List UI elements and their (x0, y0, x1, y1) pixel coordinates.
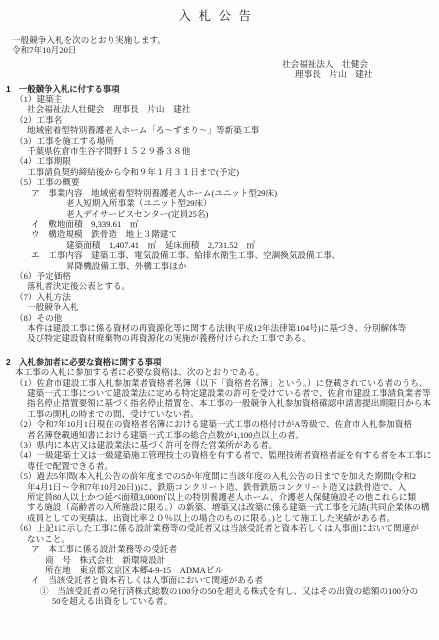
s1-subitem-text: エ 工事内容 建築工事、電気設備工事、給排水衛生工事、空調換気設備工事、 (31, 250, 431, 260)
issue-date: 令和7年10月20日 (12, 45, 431, 55)
s1-item-text: 一般競争入札 (27, 302, 431, 312)
s2-item-text: （2）令和7年10月1日現在の資格者名簿における建築一式工事の格付けがA等級で、… (15, 419, 431, 429)
s1-item-label: （7）入札方法 (15, 292, 431, 302)
s1-subitem-text: 老人短期入所事業（ユニット型29床） (66, 198, 431, 208)
issuer-block: 社会福祉法人 壮健会 理事長 片山 建社 (282, 59, 431, 80)
s2-item-text: 建築一式工事について建設業法に定める特定建設業の許可を受けている者で、佐倉市建設… (27, 388, 431, 398)
issuer-representative: 理事長 片山 建社 (295, 69, 431, 79)
s2-subitem-text: イ 当該受託者と資本若しくは人事面において関連がある者 (31, 575, 431, 585)
section-1-heading: 1 一般競争入札に付する事項 (6, 84, 431, 94)
s2-intro-text: 本工事の入札に参加する者に必要な資格は、次のとおりである。 (15, 367, 431, 377)
s1-subitem-text: 昇降機設備工事、外構工事ほか (66, 261, 431, 271)
intro-text: 一般競争入札を次のとおり実施します。 (12, 35, 431, 45)
s2-item-text: （1）佐倉市建設工事入札参加業者資格者名簿（以下「資格者名簿」という。）に登載さ… (15, 378, 431, 388)
s1-item-text: 及び特定建設資材廃棄物の再資源化の実施が義務付けられた工事である。 (27, 333, 431, 343)
s1-item-text: 千葉県佐倉市生谷字間野１５２９番３８他 (27, 146, 431, 156)
s2-item-text: 工事の開札の時までの間、受けていない者。 (27, 409, 431, 419)
s2-item-text: （5）過去5年間(本入札公告の前年度までの5か年度間に当該年度の入札公告の日まで… (15, 471, 431, 481)
s1-item-text: 地域密着型特別養護老人ホーム「ろ～ずまり～」等新築工事 (27, 125, 431, 135)
s1-subitem-text: ウ 構造規模 鉄骨造 地上３階建て (31, 229, 431, 239)
s1-item-label: （1）建築主 (15, 94, 431, 104)
s2-item-text: 専任で配置できる者。 (27, 461, 431, 471)
s1-item-text: 工事請負契約締結後から令和９年１月３１日まで(予定) (27, 167, 431, 177)
s1-item-label: （4）工事期限 (15, 156, 431, 166)
designer-company-name: 商 号 株式会社 新環境設計 (45, 555, 431, 565)
s2-subitem-text: ① 当該受託者の発行済株式総数の100分の50を超える株式を有し、又はその出資の… (40, 586, 431, 596)
s2-item-text: する施設（高齢者の入所施設に限る。）の新築、増築又は改築に係る建築一式工事を元請… (27, 502, 431, 512)
issuer-org: 社会福祉法人 壮健会 (282, 59, 431, 69)
s1-subitem-text: イ 敷地面積 9,339.61 ㎡ (31, 219, 431, 229)
s2-item-text: 指名停止措置要領に基づく指名停止措置を、本工事の一般競争入札参加資格確認申請書提… (27, 398, 431, 408)
s1-subitem-text: ア 事業内容 地域密着型特別養護老人ホーム(ユニット型29床) (31, 188, 431, 198)
s1-item-text: 落札者決定後公表とする。 (27, 281, 431, 291)
s1-item-label: （5）工事の概要 (15, 177, 431, 187)
s1-subitem-text: 老人デイサービスセンター(定員25名) (66, 209, 431, 219)
s1-item-label: （8）その他 (15, 313, 431, 323)
section-2-heading: 2 入札参加者に必要な資格に関する事項 (6, 357, 431, 367)
s2-item-text: （3）県内に本店又は建設業法に基づく許可を得た営業所がある者。 (15, 440, 431, 450)
s1-item-label: （6）予定価格 (15, 271, 431, 281)
s1-item-text: 本件は建設工事に係る資材の再資源化等に関する法律(平成12年法律第104号)に基… (27, 323, 431, 333)
designer-company-address: 所在地 東京都文京区本郷4-9-15 ADMAビル (45, 565, 431, 575)
s2-item-text: （6）上記1に示した工事に係る設計業務等の受託者又は当該受託者と資本若しくは人事… (15, 523, 431, 533)
s2-subitem-text: ア 本工事に係る設計業務等の受託者 (31, 544, 431, 554)
s1-subitem-text: 建築面積 1,407.41 ㎡ 延床面積 2,731.52 ㎡ (66, 240, 431, 250)
s1-item-label: （3）工事を施工する場所 (15, 136, 431, 146)
document-title: 入札公告 (6, 9, 431, 24)
s2-item-text: 所定員80人以上かつ延べ面積3,000㎡以上の特別養護老人ホーム、介護老人保健施… (27, 492, 431, 502)
bid-announcement-document: 入札公告 一般競争入札を次のとおり実施します。 令和7年10月20日 社会福祉法… (0, 0, 439, 640)
s2-subitem-text: 50を超える出資をしている者。 (52, 596, 431, 606)
s2-item-text: 成員としての実績は、出資比率２０％以上の場合のものに限る。)として施工した実績が… (27, 513, 431, 523)
s1-item-text: 社会福祉法人壮健会 理事長 片山 建社 (27, 104, 431, 114)
s2-item-text: （4）一級建築士又は一級建築施工管理技士の資格を有する者で、監理技術者資格者証を… (15, 450, 431, 460)
s1-item-label: （2）工事名 (15, 115, 431, 125)
s2-item-text: ないこと。 (27, 534, 431, 544)
s2-item-text: 年4月1日～令和7年10月20日))に、鉄筋コンクリート造、鉄骨鉄筋コンクリート… (27, 482, 431, 492)
s2-item-text: 者名簿登載通知書における建築一式工事の総合点数が1,100点以上の者。 (27, 430, 431, 440)
